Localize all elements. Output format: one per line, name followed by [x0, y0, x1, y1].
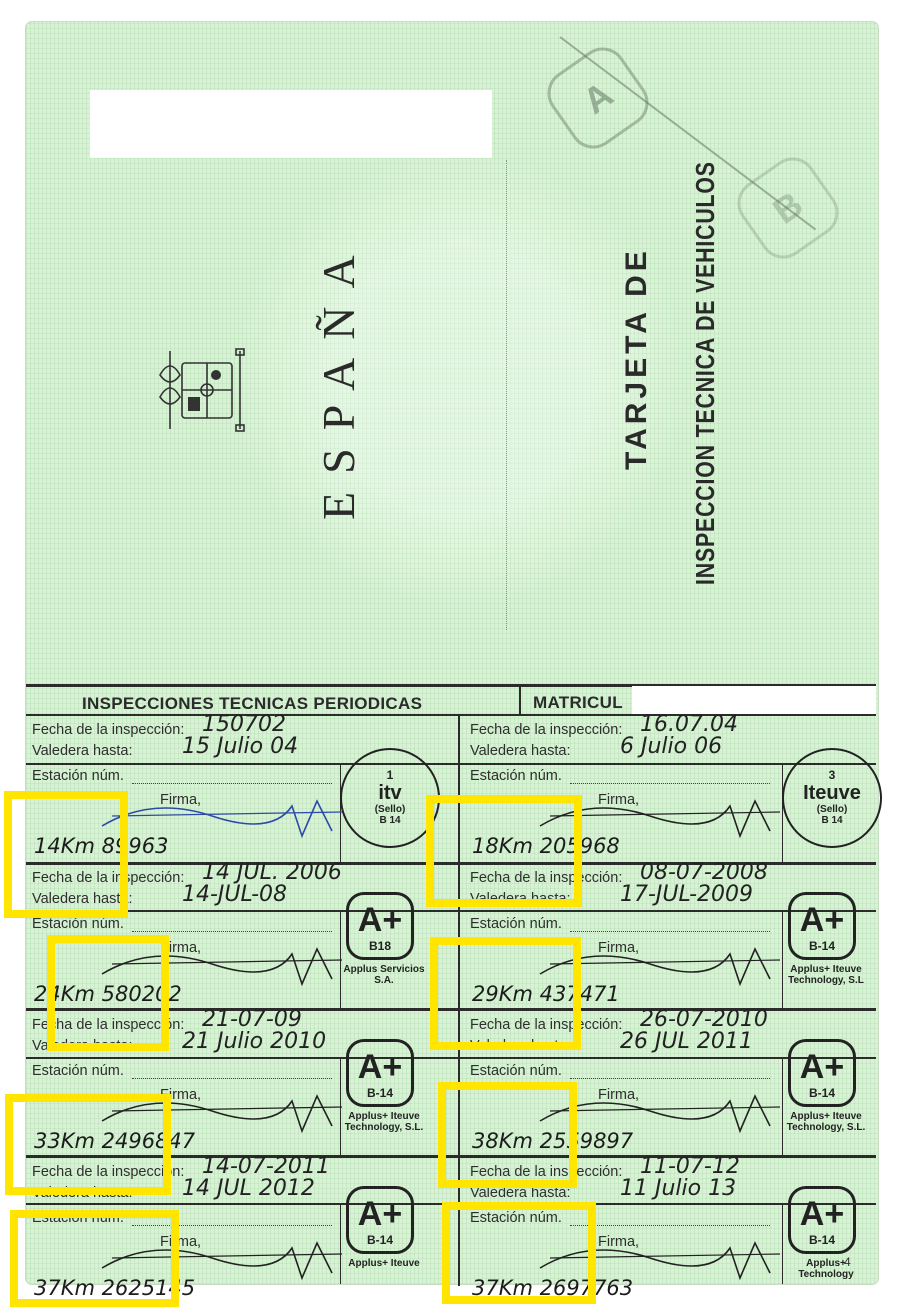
stamp-logo: A+ — [791, 1195, 853, 1233]
station-number-blank — [570, 930, 770, 932]
stamp-logo: A+ — [349, 1195, 411, 1233]
estacion-label: Estación núm. — [32, 916, 124, 932]
highlight-box — [442, 1202, 596, 1304]
section-header: INSPECCIONES TECNICAS PERIODICAS — [82, 694, 422, 714]
station-number-blank — [132, 1077, 332, 1079]
highlight-box — [430, 937, 581, 1050]
valid-until: 15 Julio 04 — [182, 734, 298, 759]
stamp-code: B-14 — [349, 1233, 411, 1247]
inspection-stamp: 1 itv (Sello) B 14 — [340, 748, 440, 848]
stamp-logo: A+ — [791, 901, 853, 939]
estacion-label: Estación núm. — [470, 1063, 562, 1079]
stamp-caption: Applus+ Technology — [778, 1258, 874, 1280]
stamp-caption: Applus+ Iteuve Technology, S.L — [778, 964, 874, 986]
divider — [26, 1057, 876, 1059]
fecha-label: Fecha de la inspección: — [470, 722, 622, 738]
valid-until: 11 Julio 13 — [620, 1176, 736, 1201]
station-number-blank — [132, 782, 332, 784]
divider — [26, 763, 876, 765]
inspection-stamp: A+ B-14 — [346, 1186, 414, 1254]
stamp-code: B18 — [349, 939, 411, 953]
highlight-box — [4, 791, 128, 918]
inspection-stamp: 3 Iteuve (Sello) B 14 — [782, 748, 882, 848]
sello-label: (Sello) — [342, 804, 438, 815]
estacion-label: Estación núm. — [470, 768, 562, 784]
card-title-line1: TARJETA DE — [620, 247, 654, 470]
stamp-caption: Applus+ Iteuve Technology, S.L. — [778, 1111, 874, 1133]
stamp-code: B-14 — [791, 1086, 853, 1100]
valid-until: 17-JUL-2009 — [620, 882, 753, 907]
stamp-number: 1 — [342, 768, 438, 782]
inspection-stamp: A+ B-14 — [788, 892, 856, 960]
estacion-label: Estación núm. — [470, 916, 562, 932]
stamp-logo: itv — [342, 782, 438, 804]
stamp-caption: Applus+ Iteuve — [336, 1258, 432, 1269]
inspection-stamp: A+ B-14 — [346, 1039, 414, 1107]
station-number-blank — [570, 1224, 770, 1226]
highlight-box — [47, 935, 169, 1051]
stamp-logo: Iteuve — [784, 782, 880, 804]
divider — [26, 714, 876, 716]
highlight-box — [426, 795, 582, 907]
valid-until: 6 Julio 06 — [620, 734, 722, 759]
fecha-label: Fecha de la inspección: — [32, 722, 184, 738]
stamp-code: B-14 — [349, 1086, 411, 1100]
estacion-label: Estación núm. — [32, 768, 124, 784]
card-title-line2: INSPECCION TECNICA DE VEHICULOS — [690, 161, 721, 585]
inspection-stamp: A+ B18 — [346, 892, 414, 960]
stamp-caption: Applus+ Iteuve Technology, S.L. — [336, 1111, 432, 1133]
valid-until: 21 Julio 2010 — [182, 1029, 326, 1054]
coat-of-arms-icon — [152, 345, 252, 435]
stamp-code: B 14 — [342, 815, 438, 826]
estacion-label: Estación núm. — [32, 1063, 124, 1079]
divider — [26, 910, 876, 912]
country-title: ESPAÑA — [312, 237, 365, 520]
redacted-plate-number — [632, 686, 876, 714]
signature — [92, 786, 352, 846]
redacted-area — [90, 90, 492, 158]
valid-until: 14-JUL-08 — [182, 882, 287, 907]
highlight-box — [10, 1210, 179, 1307]
stamp-code: B-14 — [791, 939, 853, 953]
divider — [519, 684, 521, 716]
stamp-caption: Applus Servicios S.A. — [336, 964, 432, 986]
stamp-number: 3 — [784, 768, 880, 782]
stamp-logo: A+ — [349, 1048, 411, 1086]
station-number-blank — [570, 782, 770, 784]
page-number: 4 — [844, 1255, 851, 1269]
highlight-box — [5, 1094, 171, 1195]
stamp-logo: A+ — [791, 1048, 853, 1086]
valedera-label: Valedera hasta: — [32, 743, 133, 759]
valid-until: 26 JUL 2011 — [620, 1029, 753, 1054]
stamp-code: B-14 — [791, 1233, 853, 1247]
station-number-blank — [570, 1077, 770, 1079]
fold-line — [506, 160, 507, 630]
stamp-code: B 14 — [784, 815, 880, 826]
sello-label: (Sello) — [784, 804, 880, 815]
valid-until: 14 JUL 2012 — [182, 1176, 315, 1201]
stamp-logo: A+ — [349, 901, 411, 939]
station-number-blank — [132, 930, 332, 932]
inspection-stamp: A+ B-14 — [788, 1039, 856, 1107]
highlight-box — [438, 1082, 577, 1188]
inspection-stamp: A+ B-14 — [788, 1186, 856, 1254]
plate-label: MATRICUL — [533, 693, 623, 713]
valedera-label: Valedera hasta: — [470, 743, 571, 759]
